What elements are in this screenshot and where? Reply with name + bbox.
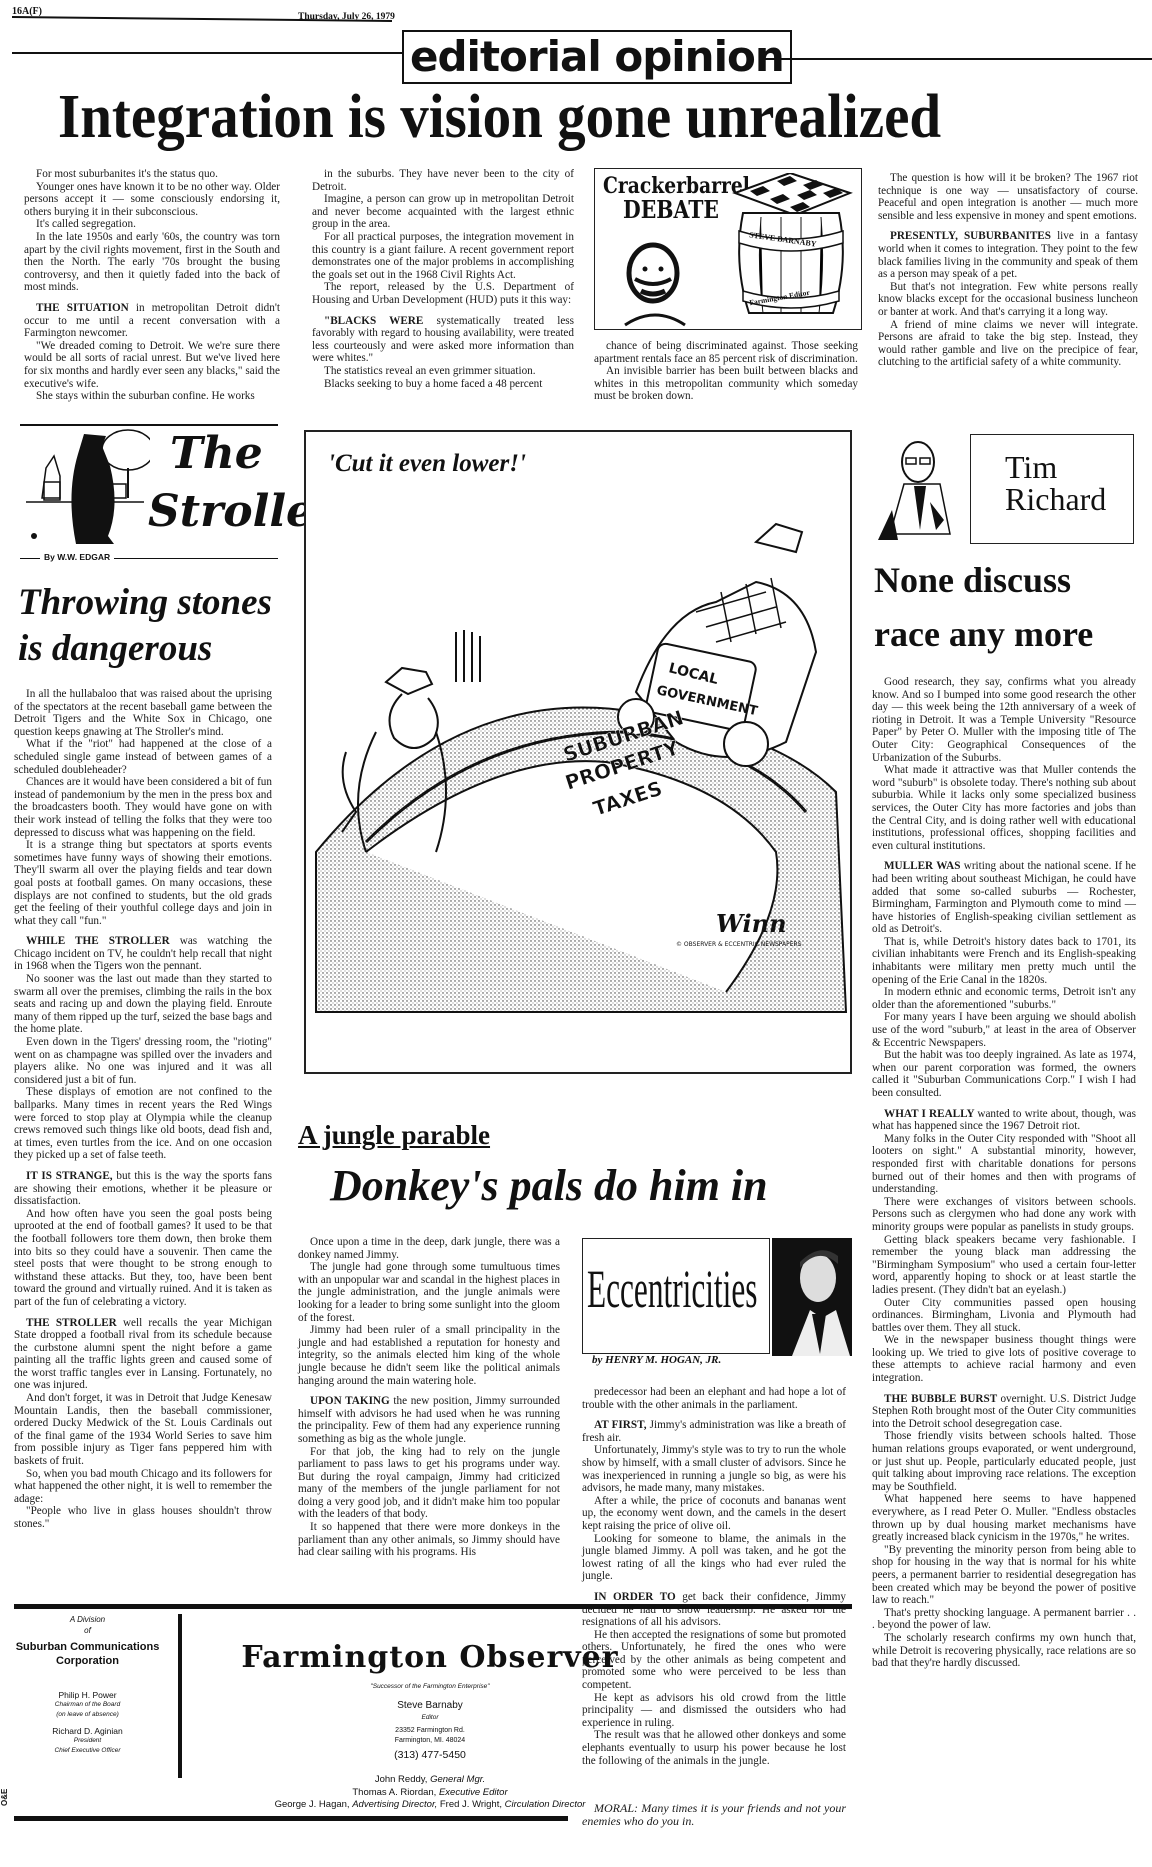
corp-line1: Suburban Communications <box>0 1640 175 1654</box>
stroller-logo-line1: The <box>170 426 263 482</box>
lead-in: IN ORDER TO <box>594 1591 682 1603</box>
officer2-name: Richard D. Aginian <box>0 1726 175 1736</box>
paragraph: The scholarly research confirms my own h… <box>872 1632 1136 1670</box>
paragraph: Getting black speakers became very fashi… <box>872 1234 1136 1297</box>
paragraph: MULLER WAS writing about the national sc… <box>872 860 1136 936</box>
paragraph: That is, while Detroit's history dates b… <box>872 936 1136 986</box>
header-rule-left <box>12 52 402 54</box>
paragraph: Imagine, a person can grow up in metropo… <box>312 193 574 231</box>
crackerbarrel-logo: Crackerbarrel DEBATE STEVE BARNABY Farmi… <box>594 168 862 330</box>
paragraph: Once upon a time in the deep, dark jungl… <box>298 1236 560 1261</box>
officer2-title: President <box>0 1736 175 1746</box>
svg-text:© OBSERVER & ECCENTRIC NEWSPAP: © OBSERVER & ECCENTRIC NEWSPAPERS <box>676 941 802 948</box>
paragraph: Blacks seeking to buy a home faced a 48 … <box>312 378 574 391</box>
circ-director-name: Fred J. Wright, <box>440 1799 505 1810</box>
oe-side-mark: O&E <box>0 1789 9 1806</box>
paragraph: THE BUBBLE BURST overnight. U.S. Distric… <box>872 1393 1136 1431</box>
paragraph: Those friendly visits between schools ha… <box>872 1430 1136 1493</box>
paragraph: These displays of emotion are not confin… <box>14 1086 272 1162</box>
paragraph: For all practical purposes, the integrat… <box>312 231 574 281</box>
staff-box-bottom-rule <box>14 1816 568 1821</box>
paragraph: What happened here seems to have happene… <box>872 1493 1136 1543</box>
gm-name: John Reddy, <box>375 1774 430 1785</box>
exec-editor-name: Thomas A. Riordan, <box>352 1787 439 1798</box>
paragraph: After a while, the price of coconuts and… <box>582 1495 846 1533</box>
columnist-portrait-icon <box>615 239 695 327</box>
richard-headline-line1: None discuss <box>874 558 1071 602</box>
editorial-cartoon: 'Cut it even lower!' LOCAL GOVERNMENT <box>304 430 852 1074</box>
paragraph: There were exchanges of visitors between… <box>872 1196 1136 1234</box>
lead-in: UPON TAKING <box>310 1395 393 1407</box>
lead-column-2: in the suburbs. They have never been to … <box>312 168 574 390</box>
debate-title: DEBATE <box>623 199 719 221</box>
paragraph: And don't forget, it was in Detroit that… <box>14 1392 272 1468</box>
jungle-column-1: Once upon a time in the deep, dark jungl… <box>298 1236 560 1559</box>
officer2-title2: Chief Executive Officer <box>0 1746 175 1756</box>
division-label: A Division of <box>0 1614 175 1636</box>
paragraph: In all the hullabaloo that was raised ab… <box>14 688 272 738</box>
paragraph: We in the newspaper business thought thi… <box>872 1334 1136 1384</box>
paragraph: It's called segregation. <box>24 218 280 231</box>
paragraph: So, when you bad mouth Chicago and its f… <box>14 1468 272 1506</box>
lead-in: THE STROLLER <box>26 1317 123 1329</box>
barrel-icon <box>725 173 855 323</box>
stroller-silhouette-icon <box>20 428 150 553</box>
paragraph: It is a strange thing but spectators at … <box>14 839 272 927</box>
officer-2: Richard D. Aginian President Chief Execu… <box>0 1726 175 1756</box>
svg-text:Winn: Winn <box>716 909 787 938</box>
columnist-sketch-icon <box>874 432 964 542</box>
paragraph: The statistics reveal an even grimmer si… <box>312 365 574 378</box>
richard-body: Good research, they say, confirms what y… <box>872 676 1136 1670</box>
byline-rule-left <box>20 558 40 559</box>
ad-director-title: Advertising Director, <box>352 1799 440 1810</box>
paragraph: The question is how will it be broken? T… <box>878 172 1138 222</box>
paragraph: For most suburbanites it's the status qu… <box>24 168 280 181</box>
paragraph: THE STROLLER well recalls the year Michi… <box>14 1317 272 1393</box>
editor-name: Steve Barnaby <box>180 1700 680 1711</box>
lead-in: WHILE THE STROLLER <box>26 935 180 947</box>
paragraph: Younger ones have known it to be no othe… <box>24 181 280 219</box>
division-line2: of <box>0 1625 175 1636</box>
eccentricities-logo: Eccentricities <box>587 1249 757 1329</box>
paragraph: In modern ethnic and economic terms, Det… <box>872 986 1136 1011</box>
officer1-note: (on leave of absence) <box>0 1710 175 1720</box>
paragraph: The jungle had gone through some tumultu… <box>298 1261 560 1324</box>
paragraph: PRESENTLY, SUBURBANITES live in a fantas… <box>878 230 1138 280</box>
lead-column-4: The question is how will it be broken? T… <box>878 172 1138 369</box>
richard-headline-line2: race any more <box>874 612 1093 656</box>
lead-in: THE BUBBLE BURST <box>884 1393 1000 1405</box>
paragraph: It so happened that there were more donk… <box>298 1521 560 1559</box>
lead-column-3: chance of being discriminated against. T… <box>594 340 858 403</box>
paragraph: predecessor had been an elephant and had… <box>582 1386 846 1411</box>
paragraph: AT FIRST, Jimmy's administration was lik… <box>582 1419 846 1444</box>
paragraph: But the habit was too deeply ingrained. … <box>872 1049 1136 1099</box>
newspaper-tagline: "Successor of the Farmington Enterprise" <box>180 1683 680 1690</box>
paragraph: IN ORDER TO get back their confidence, J… <box>582 1591 846 1629</box>
lawnmower-hill-illustration-icon: LOCAL GOVERNMENT SUBURBAN PROPERTY TAXES… <box>306 432 850 1072</box>
lead-in: MULLER WAS <box>884 860 964 872</box>
lead-in: AT FIRST, <box>594 1419 650 1431</box>
lead-in: IT IS STRANGE, <box>26 1170 116 1182</box>
header-rule-right <box>762 58 1152 60</box>
paragraph: "We dreaded coming to Detroit. We we're … <box>24 340 280 390</box>
paragraph: chance of being discriminated against. T… <box>594 340 858 365</box>
lead-headline: Integration is vision gone unrealized <box>58 82 941 153</box>
newspaper-phone: (313) 477-5450 <box>180 1749 680 1761</box>
lead-in: PRESENTLY, SUBURBANITES <box>890 230 1057 242</box>
stroller-headline-line2: is dangerous <box>18 626 212 672</box>
lead-in: "BLACKS WERE <box>324 315 437 327</box>
parent-corporation: Suburban Communications Corporation <box>0 1640 175 1668</box>
richard-first-name: Tim <box>1005 451 1057 483</box>
paragraph: A friend of mine claims we never will in… <box>878 319 1138 369</box>
address-line1: 23352 Farmington Rd. <box>180 1726 680 1736</box>
paragraph: Looking for someone to blame, the animal… <box>582 1533 846 1583</box>
officer1-name: Philip H. Power <box>0 1690 175 1700</box>
paragraph: Good research, they say, confirms what y… <box>872 676 1136 764</box>
paragraph: THE SITUATION in metropolitan Detroit di… <box>24 302 280 340</box>
staff-credits: John Reddy, General Mgr. Thomas A. Riord… <box>180 1774 680 1812</box>
paragraph: What if the "riot" had happened at the c… <box>14 738 272 776</box>
richard-portrait <box>874 432 964 542</box>
hogan-portrait <box>772 1238 852 1356</box>
paragraph: But that's not integration. Few white pe… <box>878 281 1138 319</box>
stroller-byline: By W.W. EDGAR <box>44 552 110 562</box>
paragraph: Jimmy had been ruler of a small principa… <box>298 1324 560 1387</box>
paragraph: That's pretty shocking language. A perma… <box>872 1607 1136 1632</box>
eccentricities-logo-box: Eccentricities <box>582 1238 770 1354</box>
paragraph: In the late 1950s and early '60s, the co… <box>24 231 280 294</box>
columnist-photo-icon <box>772 1238 852 1356</box>
paragraph: "BLACKS WERE systematically treated less… <box>312 315 574 365</box>
paragraph: IT IS STRANGE, but this is the way the s… <box>14 1170 272 1208</box>
staff-box-top-rule <box>14 1604 852 1609</box>
jungle-kicker: A jungle parable <box>298 1120 490 1151</box>
richard-nameplate: Tim Richard <box>970 434 1134 544</box>
hogan-byline: by HENRY M. HOGAN, JR. <box>592 1354 721 1366</box>
officer1-title: Chairman of the Board <box>0 1700 175 1710</box>
paragraph: "People who live in glass houses shouldn… <box>14 1505 272 1530</box>
paragraph: Chances are it would have been considere… <box>14 776 272 839</box>
section-title: editorial opinion <box>402 30 792 84</box>
newspaper-name: Farmington Observer <box>180 1640 680 1675</box>
paragraph: WHAT I REALLY wanted to write about, tho… <box>872 1108 1136 1133</box>
byline-rule-right <box>114 558 278 559</box>
ad-director-name: George J. Hagan, <box>275 1799 353 1810</box>
circ-director-title: Circulation Director <box>505 1799 586 1810</box>
division-line1: A Division <box>0 1614 175 1625</box>
exec-editor-title: Executive Editor <box>439 1787 508 1798</box>
jungle-headline: Donkey's pals do him in <box>330 1160 768 1211</box>
paragraph: What made it attractive was that Muller … <box>872 764 1136 852</box>
newspaper-address: 23352 Farmington Rd. Farmington, MI. 480… <box>180 1726 680 1746</box>
paragraph: No sooner was the last out made than the… <box>14 973 272 1036</box>
paragraph: UPON TAKING the new position, Jimmy surr… <box>298 1395 560 1445</box>
stroller-body: In all the hullabaloo that was raised ab… <box>14 688 272 1531</box>
richard-last-name: Richard <box>1005 483 1106 515</box>
paragraph: And how often have you seen the goal pos… <box>14 1208 272 1309</box>
paragraph: Many folks in the Outer City responded w… <box>872 1133 1136 1196</box>
editor-title: Editor <box>180 1714 680 1721</box>
paragraph: She stays within the suburban confine. H… <box>24 390 280 403</box>
paragraph: Outer City communities passed open housi… <box>872 1297 1136 1335</box>
paragraph: "By preventing the minority person from … <box>872 1544 1136 1607</box>
stroller-logo: The Stroller <box>20 428 280 553</box>
paragraph: Unfortunately, Jimmy's style was to try … <box>582 1444 846 1494</box>
paragraph: in the suburbs. They have never been to … <box>312 168 574 193</box>
paragraph: For that job, the king had to rely on th… <box>298 1446 560 1522</box>
stroller-headline-line1: Throwing stones <box>18 580 272 626</box>
paragraph: An invisible barrier has been built betw… <box>594 365 858 403</box>
officer-1: Philip H. Power Chairman of the Board (o… <box>0 1690 175 1720</box>
lead-in: THE SITUATION <box>36 302 136 314</box>
paragraph: The report, released by the U.S. Departm… <box>312 281 574 306</box>
paragraph: WHILE THE STROLLER was watching the Chic… <box>14 935 272 973</box>
paragraph: Even down in the Tigers' dressing room, … <box>14 1036 272 1086</box>
lead-in: WHAT I REALLY <box>884 1108 977 1120</box>
lead-column-1: For most suburbanites it's the status qu… <box>24 168 280 403</box>
paragraph: For many years I have been arguing we sh… <box>872 1011 1136 1049</box>
corp-line2: Corporation <box>0 1654 175 1668</box>
address-line2: Farmington, MI. 48024 <box>180 1736 680 1746</box>
gm-title: General Mgr. <box>430 1774 485 1785</box>
